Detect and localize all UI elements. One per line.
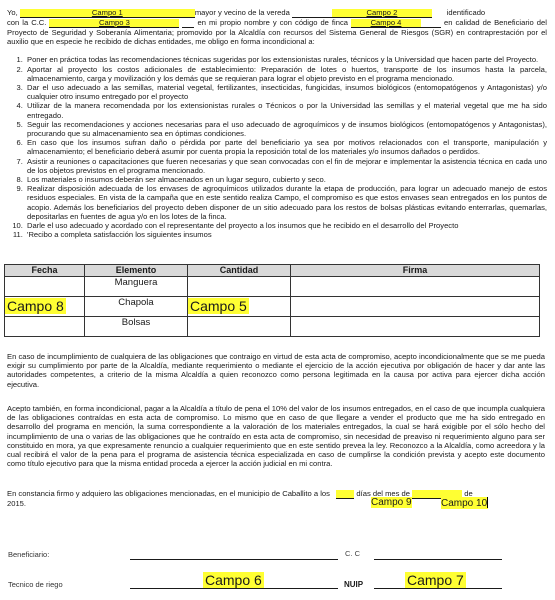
- incumplimiento-paragraph: En caso de incumplimiento de cualquiera …: [7, 352, 545, 389]
- header-elemento: Elemento: [85, 265, 188, 277]
- cell-cantidad[interactable]: [188, 317, 291, 337]
- intro-cc: con la C.C.: [7, 18, 46, 27]
- campo-1-field[interactable]: Campo 1: [20, 9, 195, 18]
- vereda-blank: [292, 9, 332, 18]
- obligation-item: Aportar al proyecto los costos adicional…: [25, 65, 547, 83]
- obligation-item: Darle el uso adecuado y acordado con el …: [25, 221, 547, 230]
- table-row: Bolsas: [5, 317, 540, 337]
- header-fecha: Fecha: [5, 265, 85, 277]
- cell-elemento: Manguera: [85, 277, 188, 297]
- text-cursor: [487, 497, 488, 508]
- cc-blank: [182, 19, 194, 28]
- obligation-item: Asistir a reuniones o capacitaciones que…: [25, 157, 547, 175]
- cc-signature-line[interactable]: [374, 559, 502, 560]
- campo-9-field[interactable]: Campo 9: [371, 497, 412, 508]
- header-cantidad: Cantidad: [188, 265, 291, 277]
- cell-cantidad[interactable]: Campo 5: [188, 297, 291, 317]
- obligation-item: En caso que los insumos sufran daño o pé…: [25, 138, 547, 156]
- obligation-item: Seguir las recomendaciones y acciones ne…: [25, 120, 547, 138]
- tecnico-signature-line[interactable]: [130, 588, 338, 589]
- cell-fecha[interactable]: Campo 8: [5, 297, 85, 317]
- cell-elemento: Chapola: [85, 297, 188, 317]
- table-row: Manguera: [5, 277, 540, 297]
- pena-paragraph: Acepto también, en forma incondicional, …: [7, 404, 545, 468]
- cell-firma[interactable]: [291, 317, 540, 337]
- cell-firma[interactable]: [291, 277, 540, 297]
- cell-cantidad[interactable]: [188, 277, 291, 297]
- intro-paragraph: Yo, Campo 1mayor y vecino de la vereda C…: [7, 8, 547, 46]
- intro-identificado: identificado: [447, 8, 485, 17]
- obligation-item: Poner en práctica todas las recomendacio…: [25, 55, 547, 64]
- table-header-row: Fecha Elemento Cantidad Firma: [5, 265, 540, 277]
- intro-propio: en mi propio nombre y con código de finc…: [198, 18, 348, 27]
- cell-firma[interactable]: [291, 297, 540, 317]
- intro-mayor: mayor y vecino de la vereda: [195, 8, 290, 17]
- campo-6-field[interactable]: Campo 6: [203, 572, 264, 588]
- beneficiario-signature-line[interactable]: [130, 559, 338, 560]
- campo-2-field[interactable]: Campo 2: [332, 9, 432, 18]
- obligation-item: Dar el uso adecuado a las semillas, mate…: [25, 83, 547, 101]
- campo-4-field[interactable]: Campo 4: [351, 19, 421, 28]
- intro-yo: Yo,: [7, 8, 18, 17]
- cell-fecha[interactable]: [5, 277, 85, 297]
- finca-blank: [421, 19, 441, 28]
- cc-label: C. C: [345, 549, 360, 558]
- campo-5-field[interactable]: Campo 5: [188, 298, 249, 314]
- header-firma: Firma: [291, 265, 540, 277]
- campo-3-field[interactable]: Campo 3: [49, 19, 179, 28]
- obligations-list: Poner en práctica todas las recomendacio…: [7, 55, 547, 239]
- obligation-item: Realizar disposición adecuada de los env…: [25, 184, 547, 221]
- obligation-item: Los materiales o insumos deberán ser alm…: [25, 175, 547, 184]
- campo-7-field[interactable]: Campo 7: [405, 572, 466, 588]
- insumos-table: Fecha Elemento Cantidad Firma Manguera C…: [4, 264, 540, 337]
- nuip-label: NUIP: [344, 580, 363, 589]
- document-page: Yo, Campo 1mayor y vecino de la vereda C…: [7, 8, 547, 239]
- table-row: Campo 8 Chapola Campo 5: [5, 297, 540, 317]
- cell-elemento: Bolsas: [85, 317, 188, 337]
- obligation-item: 'Recibo a completa satisfacción los sigu…: [25, 230, 547, 239]
- obligation-item: Utilizar de la manera recomendada por lo…: [25, 101, 547, 119]
- beneficiario-label: Beneficiario:: [8, 550, 49, 559]
- nuip-signature-line[interactable]: [374, 588, 502, 589]
- tecnico-label: Tecnico de riego: [8, 580, 63, 589]
- cell-fecha[interactable]: [5, 317, 85, 337]
- campo-10-field[interactable]: Campo 10: [441, 497, 488, 509]
- dias-blank[interactable]: [336, 490, 354, 499]
- campo-8-field[interactable]: Campo 8: [5, 298, 66, 314]
